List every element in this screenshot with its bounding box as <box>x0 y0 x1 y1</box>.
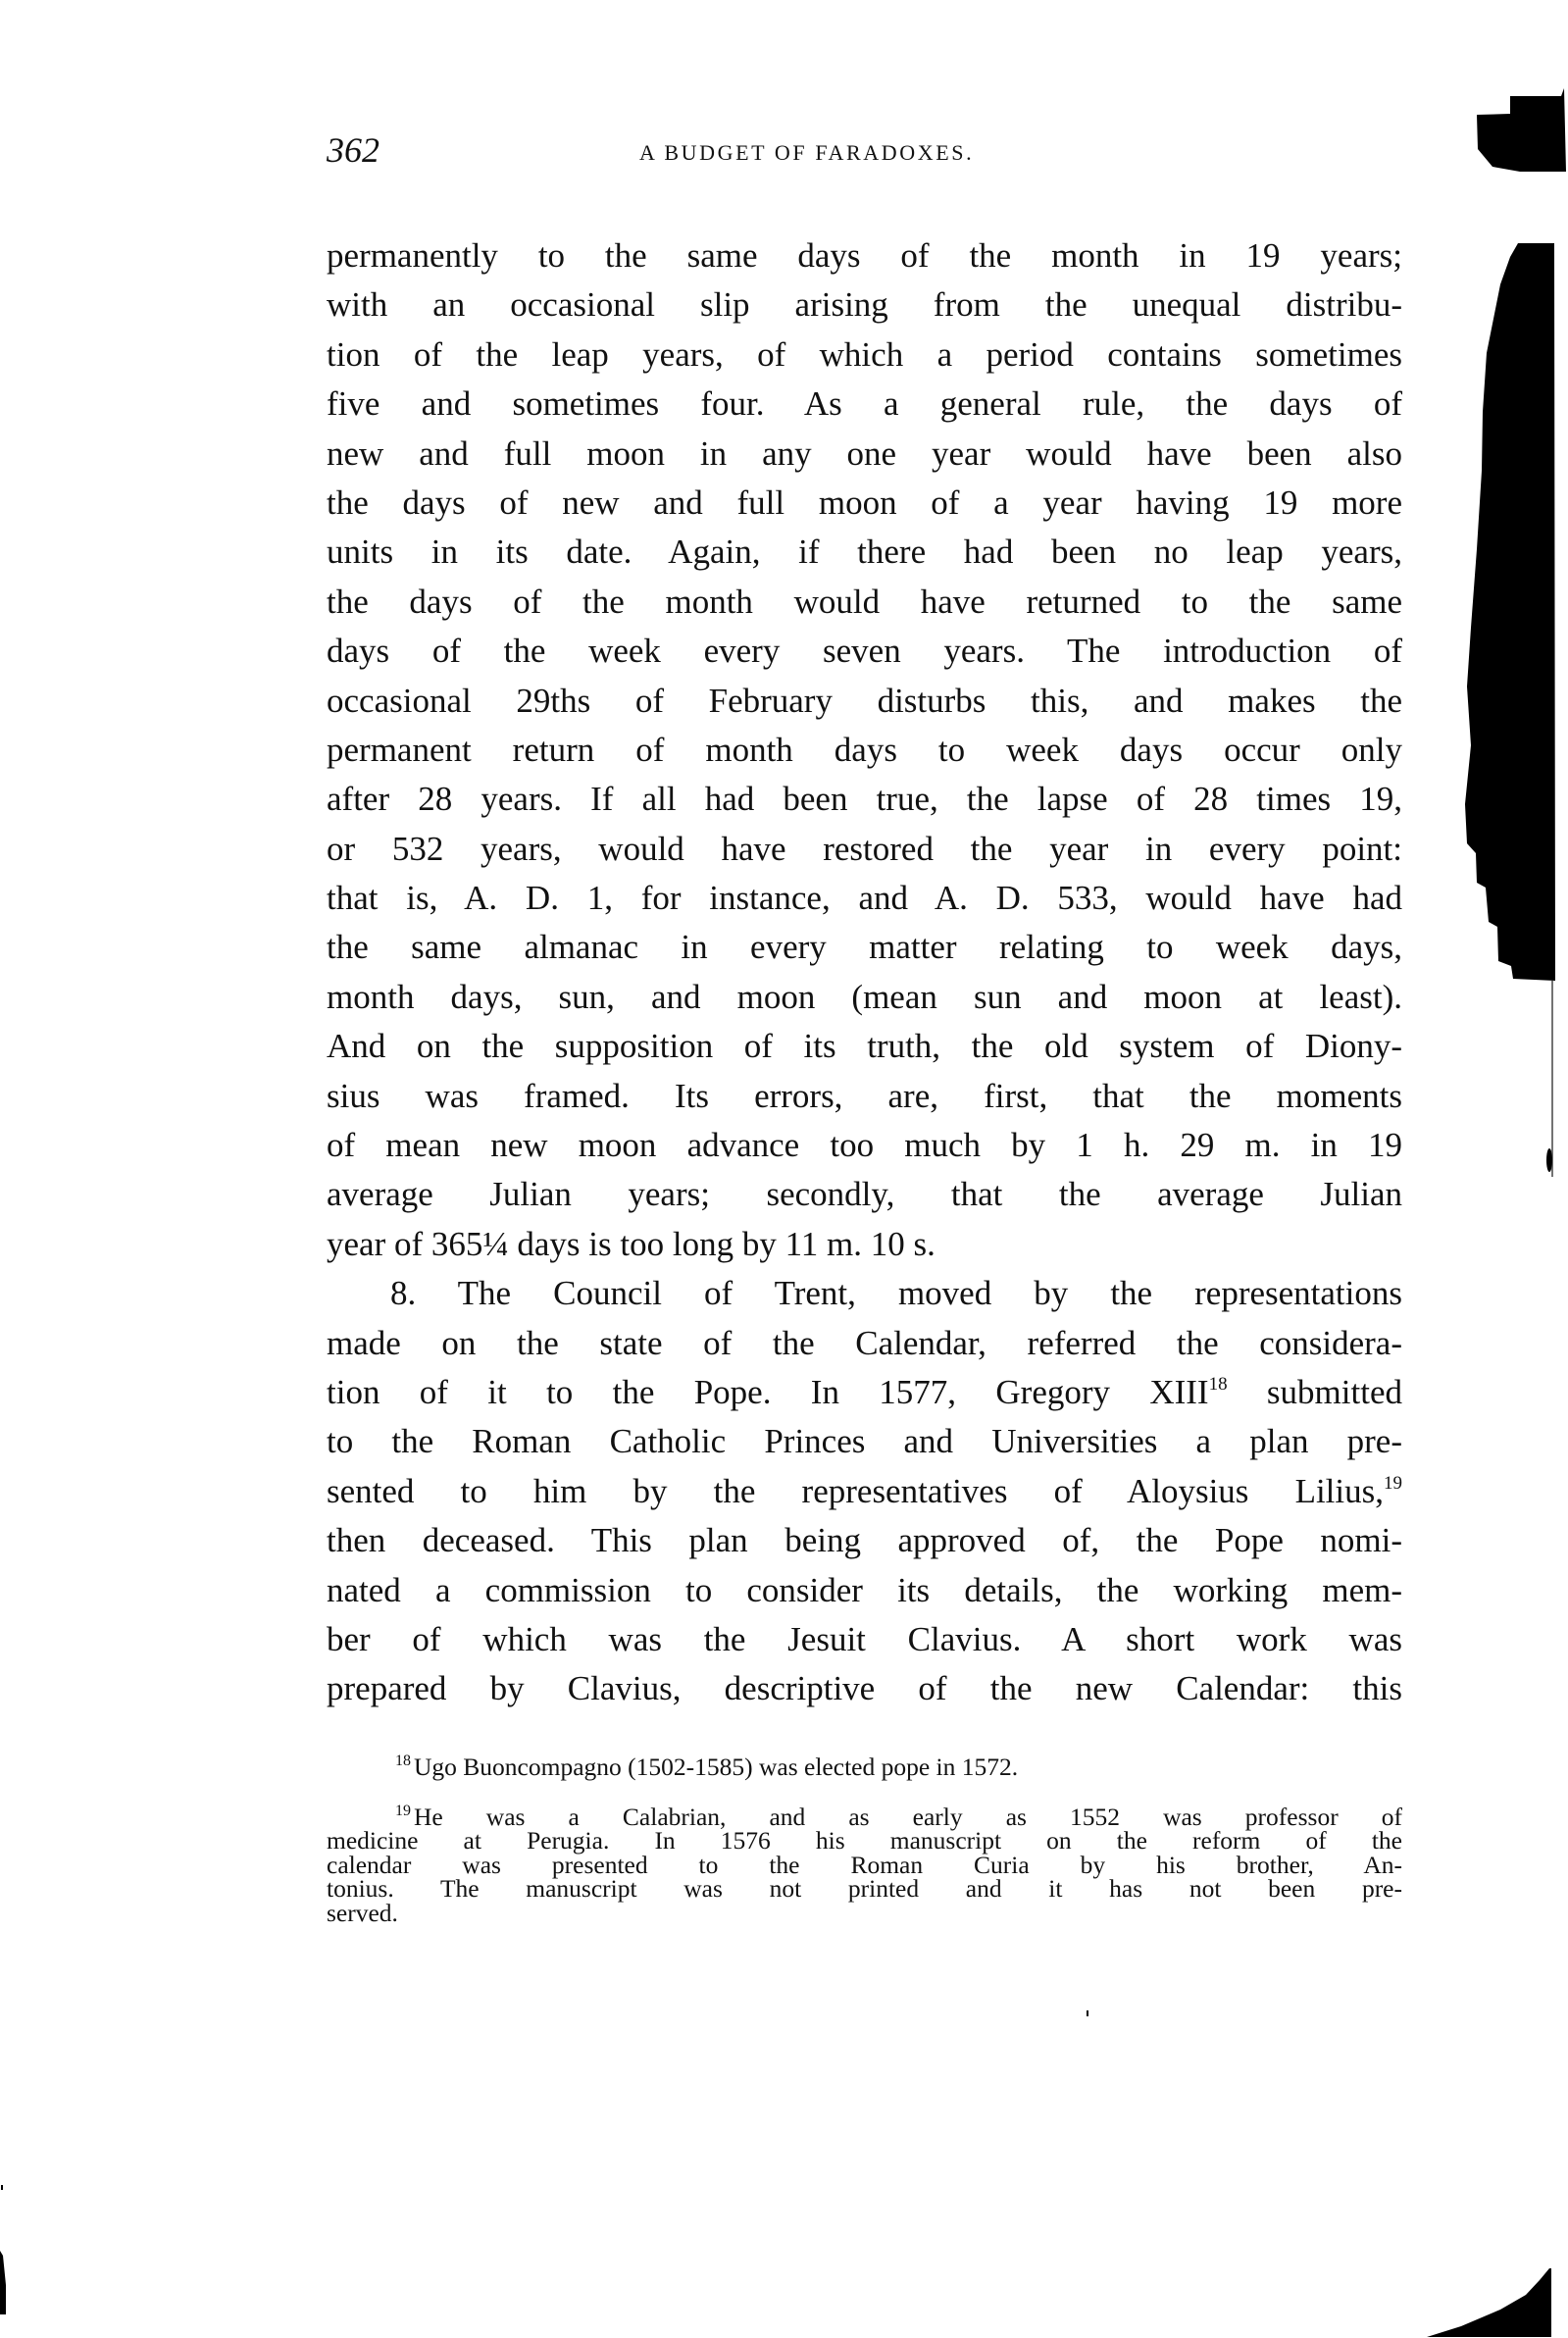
scan-artifact-left-bottom <box>0 2251 6 2314</box>
scan-artifact-right-bar <box>1465 243 1555 981</box>
scan-artifact-speck <box>1087 2010 1088 2016</box>
scan-artifact-top-block <box>1477 88 1566 172</box>
book-page: 362 A BUDGET OF FARADOXES. permanently t… <box>0 0 1568 2338</box>
scan-artifact-right-edge <box>0 0 1568 2338</box>
scan-artifact-blob <box>1546 1148 1552 1172</box>
scan-artifact-speck <box>1 2185 3 2190</box>
scan-artifact-bottom-right-wedge <box>1427 2268 1551 2337</box>
scan-artifact-dashed-edge <box>1551 981 1553 1177</box>
